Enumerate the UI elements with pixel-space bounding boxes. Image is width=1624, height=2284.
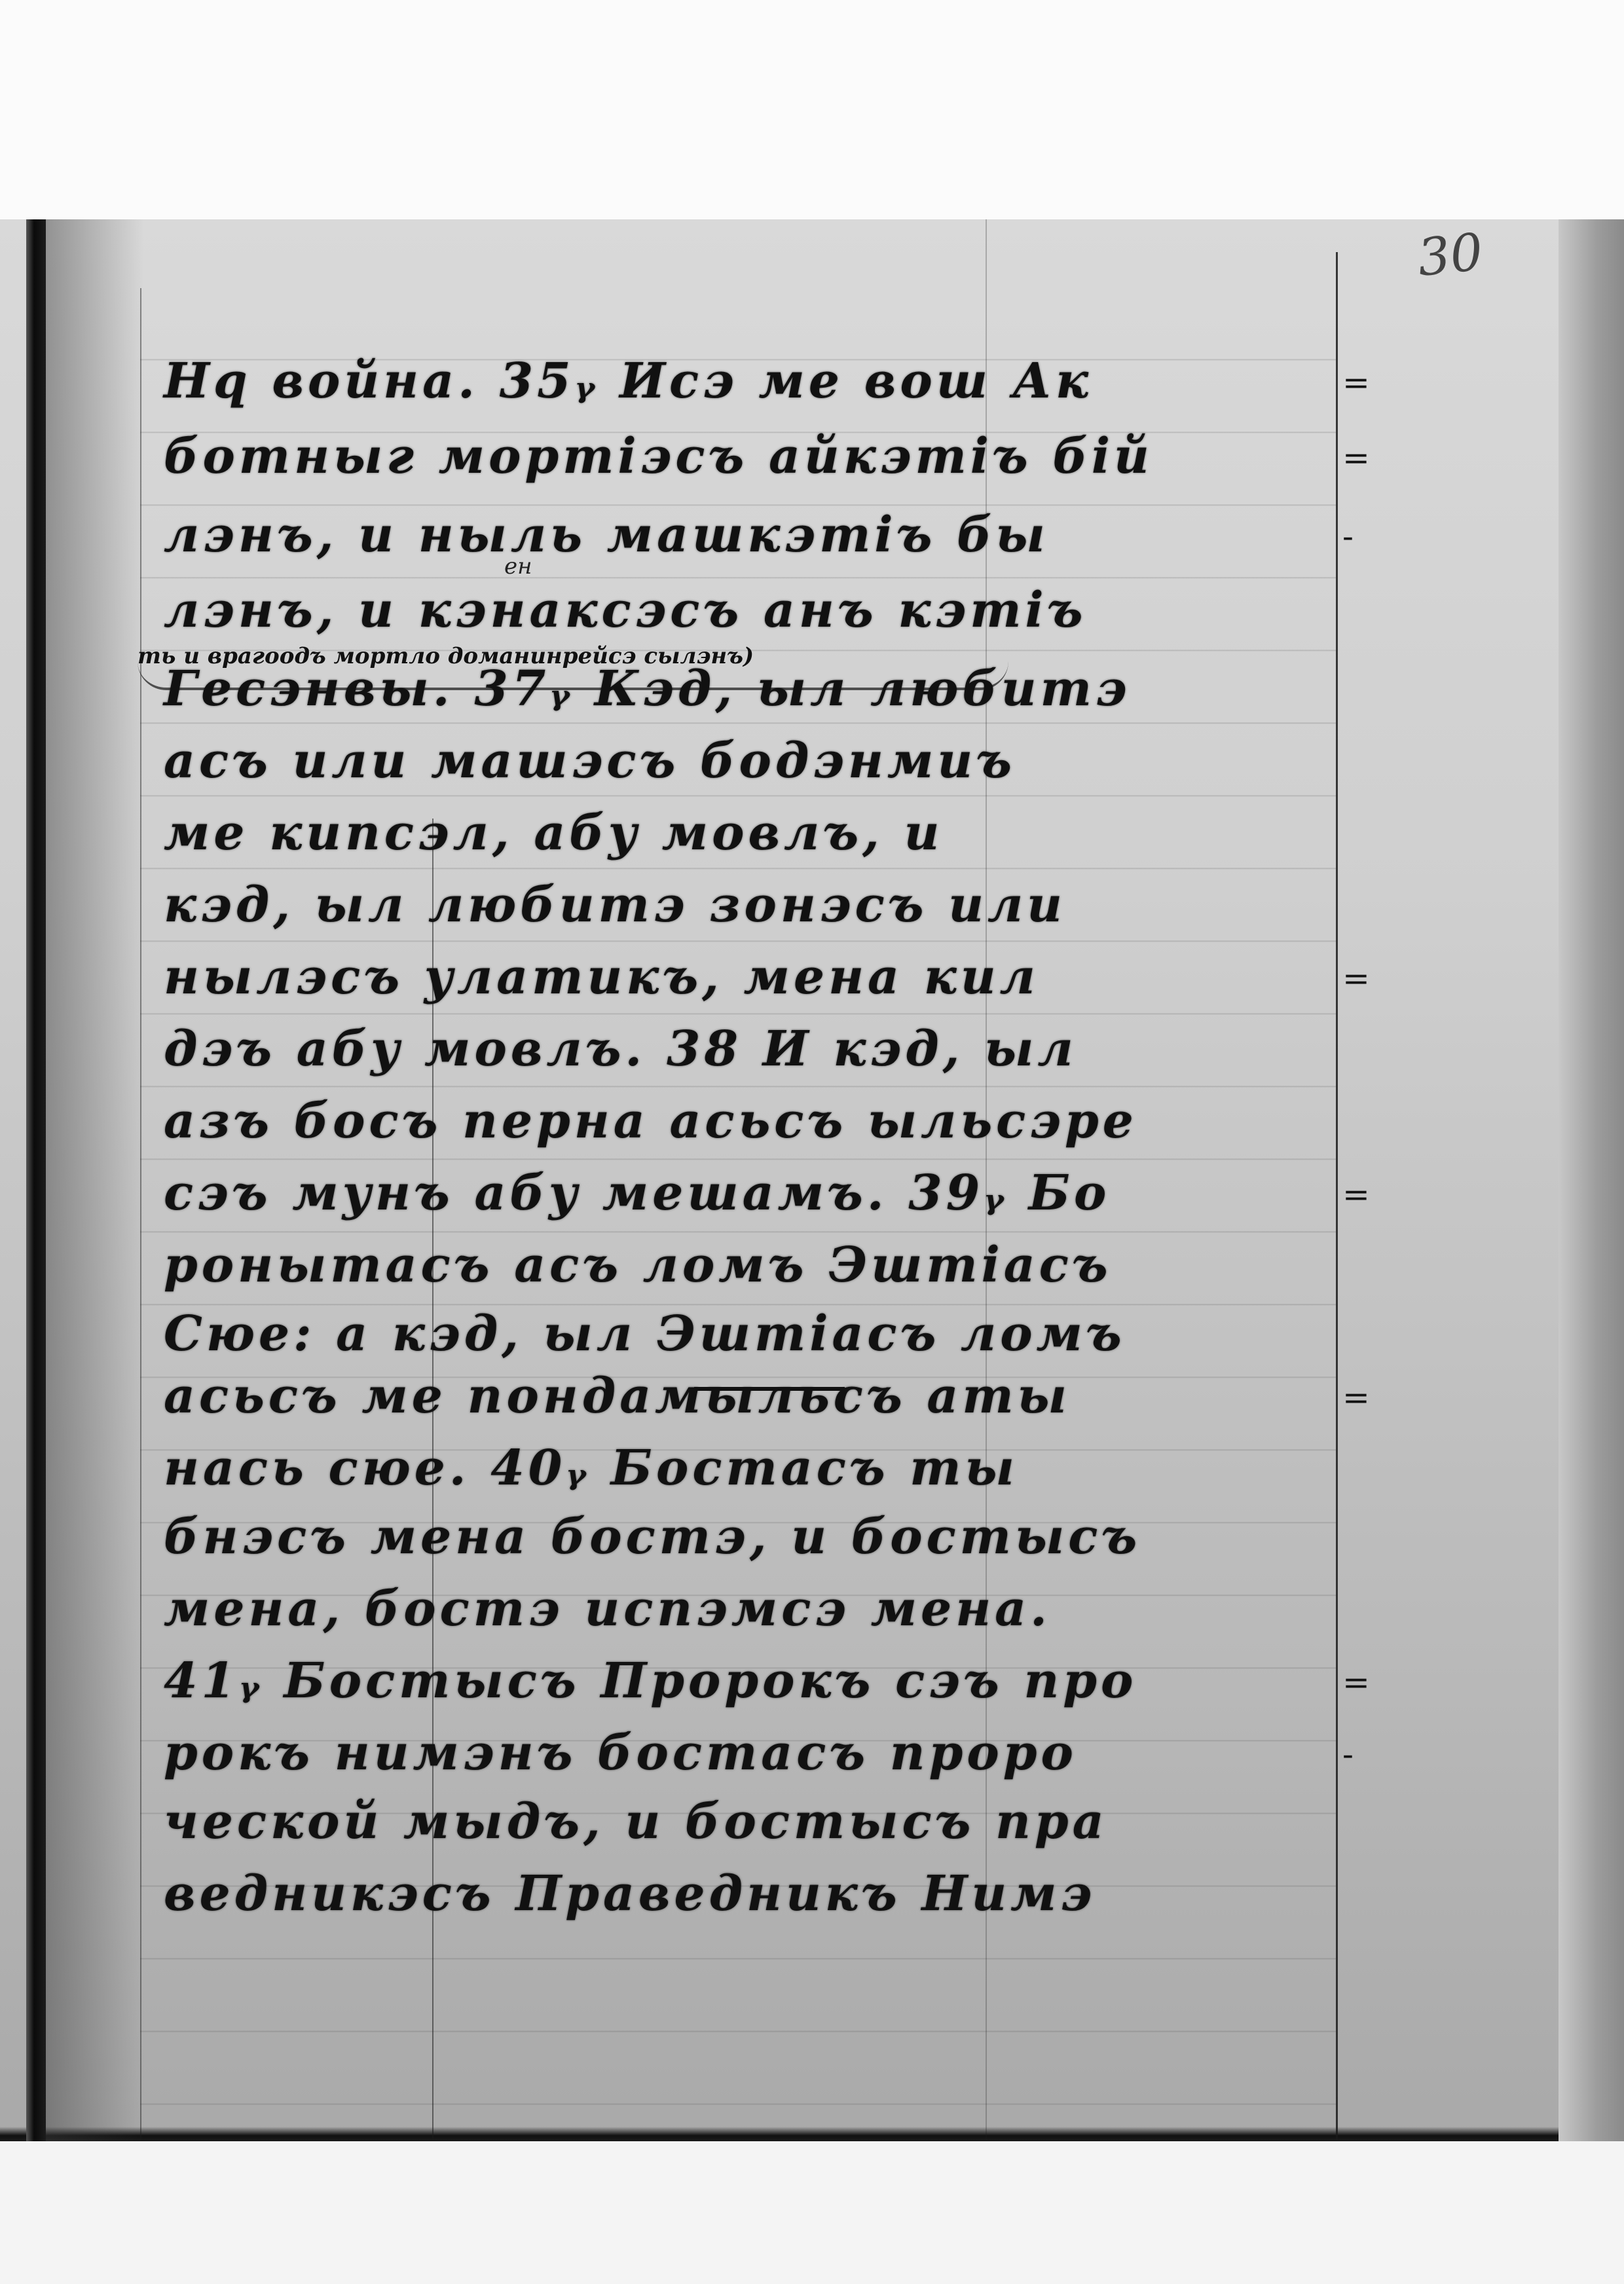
text-line: бнэсъ мена бостэ, и бостысъ xyxy=(164,1513,1336,1561)
hyphen-mark: = xyxy=(1342,1175,1370,1213)
text-line: асьсъ ме пондамыльсъ аты xyxy=(164,1372,1336,1420)
text-line: мена, бостэ испэмсэ мена. xyxy=(164,1585,1336,1633)
page-right-edge xyxy=(1559,219,1624,2141)
hyphen-mark: - xyxy=(1342,517,1354,555)
text-line: дэъ абу мовлъ. 38 И кэд, ыл xyxy=(164,1025,1336,1073)
hyphen-mark: = xyxy=(1342,1663,1370,1701)
text-line: ме кипсэл, абу мовлъ, и xyxy=(164,809,1336,857)
text-line: ческой мыдъ, и бостысъ пра xyxy=(164,1797,1336,1846)
text-line: Сюе: а кэд, ыл Эштiасъ ломъ xyxy=(164,1310,1336,1358)
text-line: 41ᵧ Бостысъ Пророкъ сэъ про xyxy=(164,1657,1336,1705)
text-line: ведникэсъ Праведникъ Нимэ xyxy=(164,1870,1336,1918)
text-line: сэъ мунъ абу мешамъ. 39ᵧ Бо xyxy=(164,1169,1336,1217)
scan-bottom-margin xyxy=(0,2141,1624,2284)
binding-edge xyxy=(26,219,46,2141)
left-margin-rule xyxy=(140,288,141,2141)
text-line: ботныг мортiэсъ айкэтiъ бiй xyxy=(164,432,1336,481)
text-line: азъ босъ перна асьсъ ыльсэре xyxy=(164,1097,1336,1145)
text-line: ронытасъ асъ ломъ Эштiасъ xyxy=(164,1241,1336,1289)
hyphen-mark: = xyxy=(1342,1378,1370,1416)
strikethrough-mark xyxy=(694,1387,845,1391)
hyphen-mark: = xyxy=(1342,959,1370,997)
text-line: Гесэнвы. 37ᵧ Кэд, ыл любитэ xyxy=(164,665,1336,713)
right-margin-rule xyxy=(1336,252,1338,2141)
text-line: асъ или машэсъ бодэнмиъ xyxy=(164,737,1336,785)
binding-shadow xyxy=(46,219,144,2141)
hyphen-mark: = xyxy=(1342,363,1370,401)
scan-top-margin xyxy=(0,0,1624,219)
text-line: рокъ нимэнъ бостасъ проро xyxy=(164,1729,1336,1777)
text-line: нылэсъ улатикъ, мена кил xyxy=(164,953,1336,1001)
page-number: 30 xyxy=(1415,223,1486,288)
text-line: кэд, ыл любитэ зонэсъ или xyxy=(164,881,1336,929)
text-line: лэнъ, и ныль машкэтiъ бы xyxy=(164,511,1336,559)
text-line: нась сюе. 40ᵧ Бостасъ ты xyxy=(164,1444,1336,1492)
text-line: лэнъ, и кэнаксэсъ анъ кэтiъ xyxy=(164,586,1336,635)
text-line: Нq война. 35ᵧ Исэ ме вош Ак xyxy=(164,357,1336,405)
hyphen-mark: - xyxy=(1342,1735,1354,1773)
hyphen-mark: = xyxy=(1342,439,1370,477)
